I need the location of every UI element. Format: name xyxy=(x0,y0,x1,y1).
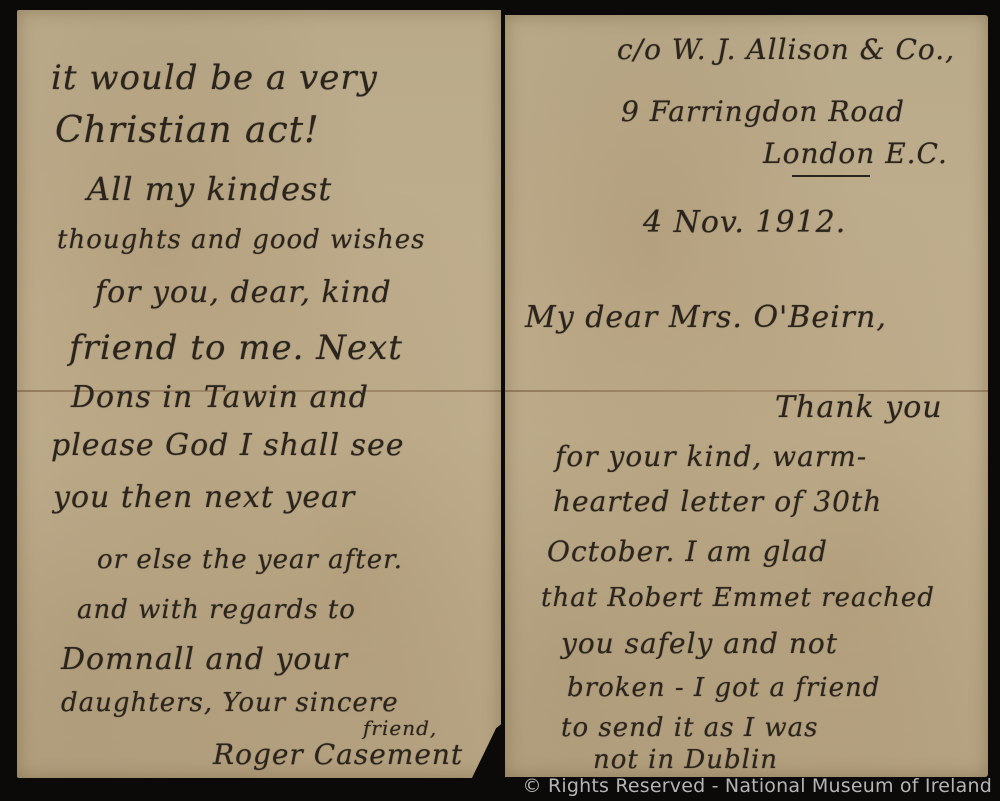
letter-line: All my kindest xyxy=(87,170,332,208)
address-line: c/o W. J. Allison & Co., xyxy=(617,33,955,66)
letter-page-left: it would be a very Christian act! All my… xyxy=(17,10,501,778)
letter-line: October. I am glad xyxy=(547,535,828,568)
signature: Roger Casement xyxy=(213,738,463,771)
letter-line: Domnall and your xyxy=(61,642,348,677)
letter-line: hearted letter of 30th xyxy=(553,485,882,518)
letter-line: to send it as I was xyxy=(561,713,819,743)
letter-line: for you, dear, kind xyxy=(95,275,392,310)
letter-line: Thank you xyxy=(775,390,943,425)
address-line: 9 Farringdon Road xyxy=(621,95,905,128)
letter-line: thoughts and good wishes xyxy=(57,225,425,255)
letter-line: you then next year xyxy=(53,480,355,515)
letter-line: you safely and not xyxy=(561,627,838,660)
copyright-watermark: © Rights Reserved - National Museum of I… xyxy=(523,775,992,797)
letter-line: Christian act! xyxy=(55,110,320,151)
letter-line: please God I shall see xyxy=(51,428,405,463)
letter-line: for your kind, warm- xyxy=(555,440,867,473)
address-line: London E.C. xyxy=(763,137,948,170)
letter-line: Dons in Tawin and xyxy=(71,380,369,415)
letter-line: not in Dublin xyxy=(593,745,778,775)
letter-line: friend to me. Next xyxy=(69,328,403,368)
letter-line: broken - I got a friend xyxy=(567,673,880,703)
letter-line: friend, xyxy=(363,716,437,740)
letter-line: and with regards to xyxy=(77,595,356,625)
letter-line: daughters, Your sincere xyxy=(61,688,399,718)
address-underline xyxy=(792,175,870,177)
letter-line: or else the year after. xyxy=(97,545,403,575)
letter-line: that Robert Emmet reached xyxy=(541,583,935,613)
letter-date: 4 Nov. 1912. xyxy=(643,205,846,240)
letter-line: it would be a very xyxy=(51,58,378,98)
letter-page-right: c/o W. J. Allison & Co., 9 Farringdon Ro… xyxy=(505,15,988,777)
salutation: My dear Mrs. O'Beirn, xyxy=(525,300,887,335)
